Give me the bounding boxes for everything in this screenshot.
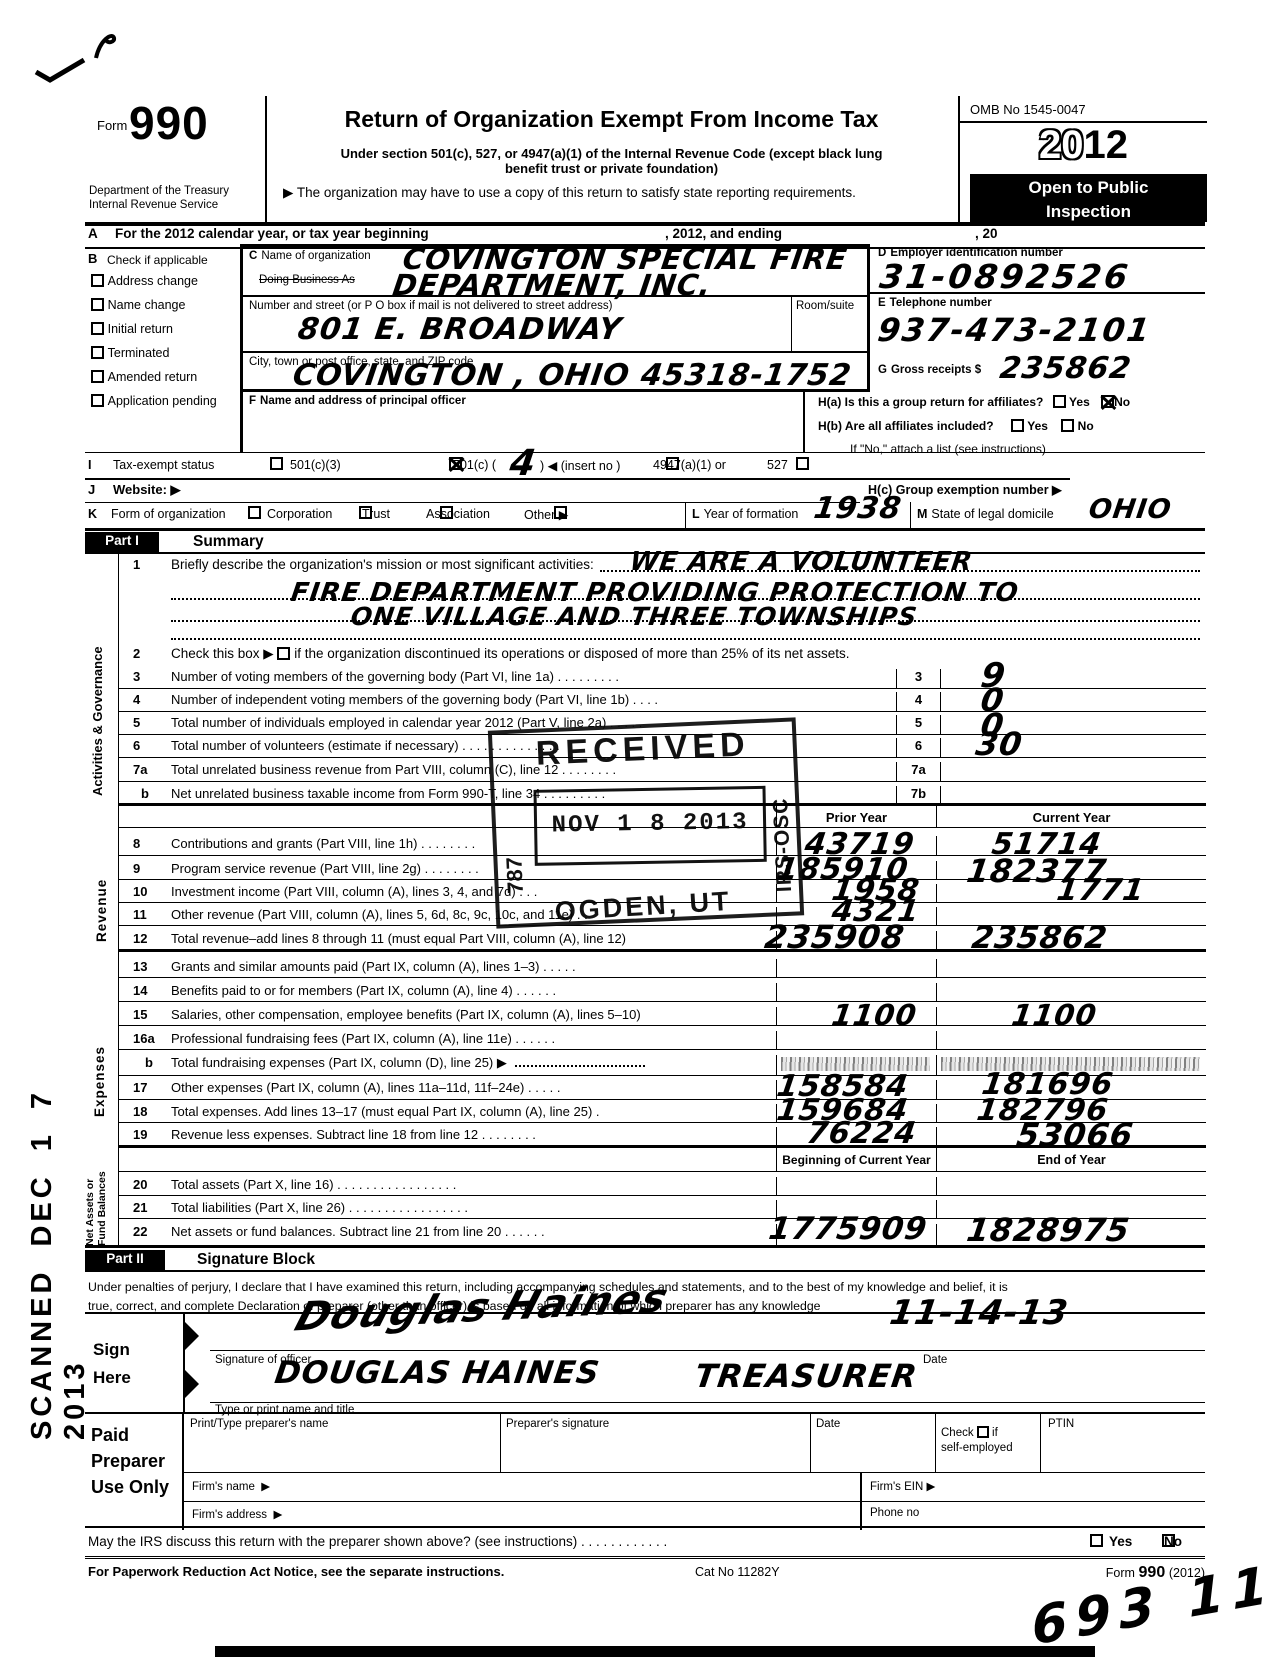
preparer-ptin-cell[interactable]: PTIN	[1040, 1414, 1205, 1472]
sign-arrow-icon	[185, 1370, 199, 1398]
scan-edge-artifact	[215, 1646, 1095, 1657]
form-number: 990	[129, 96, 209, 150]
stamp-date-box: NOV 1 8 2013	[533, 786, 766, 866]
part2-title: Signature Block	[197, 1251, 315, 1269]
paid-word: Paid	[91, 1422, 169, 1448]
form-org-label: Form of organization	[111, 507, 226, 521]
e-letter: E	[878, 297, 886, 309]
mission-line3: ONE VILLAGE AND THREE TOWNSHIPS	[349, 604, 919, 629]
checkbox-hb-no[interactable]	[1061, 419, 1074, 432]
expense-prior-cell: 76224	[776, 1127, 936, 1145]
dept-line1: Department of the Treasury	[89, 184, 229, 198]
part2-label: Part II	[85, 1250, 165, 1270]
checkbox-527[interactable]	[796, 457, 809, 470]
net-row-text: Net assets or fund balances. Subtract li…	[171, 1224, 776, 1245]
net-end-cell	[936, 1177, 1206, 1195]
website-label: Website: ▶	[113, 482, 181, 498]
row-website[interactable]: J Website: ▶	[85, 478, 860, 503]
revenue-prior-cell: 235908	[776, 931, 936, 949]
opt-501c-close: ) ◀ (insert no )	[540, 458, 620, 473]
preparer-signature-cell[interactable]: Preparer's signature	[500, 1414, 811, 1472]
paid-preparer-block: Paid Preparer Use Only Print/Type prepar…	[85, 1412, 1205, 1528]
firm-address-label[interactable]: Firm's address ▶	[192, 1507, 282, 1521]
row-tax-exempt-status: I Tax-exempt status 501(c)(3) 501(c) ( 4…	[85, 452, 1070, 480]
paperwork-notice: For Paperwork Reduction Act Notice, see …	[88, 1564, 504, 1579]
city-value: COVINGTON , OHIO 45318-1752	[291, 361, 854, 391]
expense-row-text: Total expenses. Add lines 13–17 (must eq…	[171, 1104, 776, 1122]
received-text: RECEIVED	[492, 724, 793, 776]
line2-num: 2	[119, 646, 171, 662]
opt-501c-label: 501(c) (	[453, 458, 496, 472]
checkbox-address-change[interactable]	[91, 274, 104, 287]
signature-date-value: 11-14-13	[888, 1296, 1071, 1330]
checkbox-corporation[interactable]	[248, 506, 261, 519]
gross-receipts-value: 235862	[998, 354, 1133, 384]
printed-name-value: DOUGLAS HAINES	[273, 1358, 602, 1389]
mission-line1: WE ARE A VOLUNTEER	[628, 549, 974, 575]
printed-title-value: TREASURER	[693, 1360, 920, 1392]
net-row-text: Total liabilities (Part X, line 26) . . …	[171, 1200, 776, 1218]
label-address-change: Address change	[108, 274, 198, 288]
expense-row-text: Benefits paid to or for members (Part IX…	[171, 983, 776, 1001]
side-label-revenue: Revenue	[94, 830, 109, 942]
year-formation-value: 1938	[812, 494, 904, 524]
f-label: Name and address of principal officer	[260, 395, 466, 407]
l-letter: L	[692, 507, 700, 521]
b-letter: B	[88, 251, 97, 266]
preparer-name-cell[interactable]: Print/Type preparer's name	[184, 1414, 501, 1472]
sign-arrow-icon	[185, 1322, 199, 1350]
gov-row-value	[941, 762, 1206, 781]
line1-num: 1	[119, 557, 171, 572]
association-label: Association	[426, 507, 490, 521]
form-word: Form	[97, 118, 127, 133]
self-employed-word: self-employed	[935, 1439, 1040, 1454]
expense-current-cell: 53066	[936, 1127, 1206, 1145]
firm-ein-label[interactable]: Firm's EIN ▶	[870, 1479, 935, 1493]
expense-row-text: Other expenses (Part IX, column (A), lin…	[171, 1080, 776, 1099]
checkbox-hb-yes[interactable]	[1011, 419, 1024, 432]
g-letter: G	[878, 364, 887, 376]
ha-yes-label: Yes	[1069, 395, 1090, 409]
corporation-label: Corporation	[267, 507, 332, 521]
expense-prior-cell: 1100	[776, 1007, 936, 1025]
side-label-expenses: Expenses	[92, 985, 107, 1117]
street-value: 801 E. BROADWAY	[296, 315, 624, 345]
sign-word: Sign	[93, 1340, 130, 1360]
expense-row-text: Revenue less expenses. Subtract line 18 …	[171, 1127, 776, 1145]
f-letter: F	[249, 395, 256, 407]
opt-501c3-label: 501(c)(3)	[290, 458, 341, 472]
ha-label: H(a) Is this a group return for affiliat…	[818, 395, 1043, 409]
checkbox-self-employed[interactable]	[977, 1426, 989, 1438]
check-word: Check	[941, 1427, 974, 1439]
expense-prior-cell	[776, 1031, 936, 1049]
side-label-net-assets: Net Assets orFund Balances	[84, 1150, 108, 1246]
checkbox-ha-no[interactable]	[1101, 395, 1114, 408]
gov-row-value: 9	[941, 669, 1206, 688]
gov-row-text: Number of independent voting members of …	[171, 692, 896, 711]
phone-value: 937-473-2101	[876, 314, 1154, 346]
insert-no-value: 4	[507, 446, 538, 482]
gross-receipts-label: Gross receipts $	[891, 364, 981, 376]
ein-value: 31-0892526	[878, 260, 1133, 293]
checkbox-initial-return[interactable]	[91, 322, 104, 335]
checkbox-amended-return[interactable]	[91, 370, 104, 383]
sign-here-block: Sign Here Douglas Haines 11-14-13 Signat…	[85, 1312, 1205, 1412]
expense-current-cell	[936, 959, 1206, 977]
stamp-org: IRS-OSC	[767, 752, 797, 893]
scanned-date-stamp: SCANNED DEC 1 7 2013	[26, 1040, 92, 1440]
line1-text: Briefly describe the organization's miss…	[171, 557, 594, 572]
preparer-check-cell: Check if self-employed	[935, 1414, 1041, 1472]
expense-row-text: Professional fundraising fees (Part IX, …	[171, 1031, 776, 1049]
preparer-date-cell[interactable]: Date	[810, 1414, 936, 1472]
hb-no-label: No	[1078, 419, 1094, 433]
part1-title: Summary	[193, 533, 264, 551]
gov-row-value: 0	[941, 692, 1206, 711]
checkbox-501c3[interactable]	[270, 457, 283, 470]
expense-current-cell	[936, 1031, 1206, 1049]
hb-yes-label: Yes	[1027, 419, 1048, 433]
col-current-year: Current Year	[936, 806, 1206, 827]
revenue-current-cell: 235862	[936, 931, 1206, 949]
preparer-name-label: Print/Type preparer's name	[184, 1414, 500, 1430]
checkbox-discontinued[interactable]	[277, 647, 290, 660]
opt-527-label: 527	[767, 458, 788, 472]
part1-label: Part I	[85, 532, 159, 552]
expense-row-text: Grants and similar amounts paid (Part IX…	[171, 959, 776, 977]
year-formation-label: Year of formation	[704, 507, 799, 521]
dept-line2: Internal Revenue Service	[89, 198, 229, 212]
form-subtitle1: Under section 501(c), 527, or 4947(a)(1)…	[265, 146, 958, 161]
omb-number: OMB No 1545-0047	[960, 96, 1207, 123]
preparer-sig-label: Preparer's signature	[500, 1414, 810, 1430]
line2-text: Check this box ▶ if the organization dis…	[171, 646, 850, 662]
use-only-word: Use Only	[91, 1474, 169, 1500]
domicile-value: OHIO	[1087, 496, 1173, 523]
preparer-date-label: Date	[810, 1414, 935, 1430]
domicile-label: State of legal domicile	[931, 507, 1053, 521]
hb-label: H(b) Are all affiliates included?	[818, 419, 994, 433]
form-header: Form 990 Department of the Treasury Inte…	[85, 96, 1205, 226]
c-name-label: Name of organization	[261, 250, 370, 262]
form-note: ▶ The organization may have to use a cop…	[283, 185, 958, 201]
gov-row-value: 30	[941, 738, 1206, 757]
discuss-row: May the IRS discuss this return with the…	[85, 1528, 1205, 1559]
here-word: Here	[93, 1368, 131, 1388]
label-amended-return: Amended return	[108, 370, 198, 384]
year-bold: 12	[1084, 123, 1129, 167]
revenue-row-text: Total revenue–add lines 8 through 11 (mu…	[171, 931, 776, 949]
label-terminated: Terminated	[108, 346, 170, 360]
phone-no-label[interactable]: Phone no	[870, 1507, 919, 1519]
footer-row: For Paperwork Reduction Act Notice, see …	[85, 1562, 1205, 1586]
open-to-public-badge: Open to Public Inspection	[970, 174, 1207, 222]
net-begin-cell: 1775909	[776, 1224, 936, 1245]
row-form-of-organization: K Form of organization Corporation Trust…	[85, 502, 1205, 528]
ha-no-label: No	[1114, 395, 1130, 409]
catalog-number: Cat No 11282Y	[695, 1565, 780, 1579]
checkbox-application-pending[interactable]	[91, 394, 104, 407]
stamp-date: NOV 1 8 2013	[537, 809, 763, 840]
checkbox-name-change[interactable]	[91, 298, 104, 311]
net-end-cell: 1828975	[936, 1224, 1206, 1245]
pen-checkmark	[32, 54, 92, 88]
part2-bar: Part II Signature Block	[85, 1245, 1205, 1272]
form-subtitle2: benefit trust or private foundation)	[265, 161, 958, 176]
expense-row-text: Total fundraising expenses (Part IX, col…	[171, 1055, 776, 1075]
tax-exempt-label: Tax-exempt status	[113, 458, 214, 472]
room-suite-label: Room/suite	[792, 297, 867, 312]
expense-prior-cell	[776, 959, 936, 977]
discuss-no-label: No	[1164, 1534, 1182, 1549]
label-initial-return: Initial return	[108, 322, 173, 336]
c-letter: C	[249, 250, 257, 262]
m-letter: M	[917, 507, 927, 521]
expense-current-cell: 1100	[936, 1007, 1206, 1025]
net-row-text: Total assets (Part X, line 16) . . . . .…	[171, 1177, 776, 1195]
sign-date-label: Date	[923, 1354, 947, 1366]
form-990-page: { "page": { "scanned_stamp": "SCANNED DE…	[0, 0, 1280, 1657]
ptin-label: PTIN	[1040, 1414, 1205, 1430]
other-label: Other ▶	[524, 507, 568, 522]
form-title: Return of Organization Exempt From Incom…	[265, 106, 958, 133]
discuss-text: May the IRS discuss this return with the…	[88, 1534, 667, 1549]
year-outline: 20	[1039, 123, 1084, 167]
firm-name-label[interactable]: Firm's name ▶	[192, 1479, 270, 1493]
label-application-pending: Application pending	[108, 394, 217, 408]
gov-row-text: Number of voting members of the governin…	[171, 669, 896, 688]
opt-4947-label: 4947(a)(1) or	[653, 458, 726, 472]
dba-label: Doing Business As	[259, 274, 355, 286]
pen-mark	[88, 26, 128, 66]
checkbox-terminated[interactable]	[91, 346, 104, 359]
if-word: if	[992, 1427, 998, 1439]
irs-received-stamp: RECEIVED 787 NOV 1 8 2013 IRS-OSC OGDEN,…	[488, 717, 804, 928]
net-begin-cell	[776, 1177, 936, 1195]
checkbox-ha-yes[interactable]	[1053, 395, 1066, 408]
checkbox-discuss-yes[interactable]	[1090, 1534, 1103, 1547]
trust-label: Trust	[362, 507, 390, 521]
identity-block: B Check if applicable Address change Nam…	[85, 247, 1205, 453]
label-name-change: Name change	[108, 298, 186, 312]
preparer-word: Preparer	[91, 1448, 169, 1474]
phone-label: Telephone number	[890, 297, 992, 309]
discuss-yes-label: Yes	[1109, 1534, 1132, 1549]
gov-row-value	[941, 786, 1206, 803]
side-label-activities-governance: Activities & Governance	[90, 558, 105, 796]
col-beginning-year: Beginning of Current Year	[776, 1148, 936, 1171]
stamp-number: 787	[499, 803, 529, 894]
org-name-value2: DEPARTMENT, INC.	[391, 271, 713, 300]
expense-row-text: Salaries, other compensation, employee b…	[171, 1007, 776, 1025]
b-title: Check if applicable	[107, 253, 208, 267]
